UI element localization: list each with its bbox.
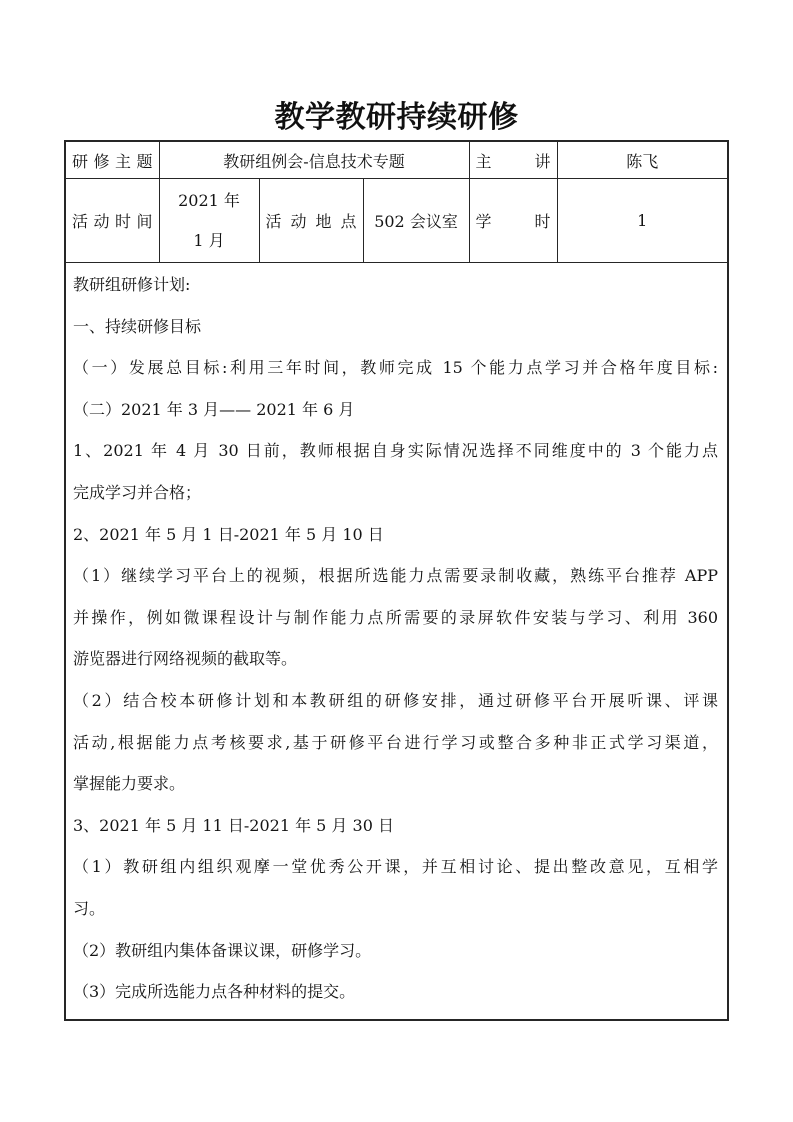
plan-line: 2、2021 年 5 月 1 日-2021 年 5 月 10 日	[73, 514, 718, 556]
table-row: 教研组研修计划: 一、持续研修目标 （一）发展总目标:利用三年时间，教师完成 1…	[65, 263, 728, 1020]
plan-line: 掌握能力要求。	[73, 763, 718, 805]
plan-line: 1、2021 年 4 月 30 日前，教师根据自身实际情况选择不同维度中的 3 …	[73, 430, 718, 472]
document-title: 教学教研持续研修	[0, 92, 793, 136]
lecturer-value-cell: 陈飞	[557, 141, 728, 179]
plan-line: 3、2021 年 5 月 11 日-2021 年 5 月 30 日	[73, 805, 718, 847]
plan-cell: 教研组研修计划: 一、持续研修目标 （一）发展总目标:利用三年时间，教师完成 1…	[65, 263, 728, 1020]
plan-line: 一、持续研修目标	[73, 306, 718, 348]
plan-line: （一）发展总目标:利用三年时间，教师完成 15 个能力点学习并合格年度目标:	[73, 347, 718, 389]
place-value-cell: 502 会议室	[363, 179, 469, 263]
plan-line: 习。	[73, 888, 718, 930]
plan-line: （2）结合校本研修计划和本教研组的研修安排，通过研修平台开展听课、评课	[73, 680, 718, 722]
plan-line: 教研组研修计划:	[73, 264, 718, 306]
plan-line: 完成学习并合格；	[73, 472, 718, 514]
place-label-cell: 活动地点	[259, 179, 363, 263]
hours-label-cell: 学时	[469, 179, 557, 263]
plan-line: 活动,根据能力点考核要求,基于研修平台进行学习或整合多种非正式学习渠道，	[73, 722, 718, 764]
plan-line: （1）继续学习平台上的视频，根据所选能力点需要录制收藏，熟练平台推荐 APP	[73, 555, 718, 597]
document-page: 教学教研持续研修 研修主题 教研组例会-信息技术专题 主讲 陈飞 活动时间 20…	[0, 0, 793, 1122]
table-row: 研修主题 教研组例会-信息技术专题 主讲 陈飞	[65, 141, 728, 179]
plan-line: （1）教研组内组织观摩一堂优秀公开课，并互相讨论、提出整改意见，互相学	[73, 846, 718, 888]
info-table: 研修主题 教研组例会-信息技术专题 主讲 陈飞 活动时间 2021 年 1 月 …	[64, 140, 729, 1021]
time-value-cell: 2021 年 1 月	[159, 179, 259, 263]
hours-value-cell: 1	[557, 179, 728, 263]
plan-text: 教研组研修计划: 一、持续研修目标 （一）发展总目标:利用三年时间，教师完成 1…	[73, 264, 718, 1013]
plan-line: （2）教研组内集体备课议课，研修学习。	[73, 930, 718, 972]
plan-line: 并操作，例如微课程设计与制作能力点所需要的录屏软件安装与学习、利用 360	[73, 597, 718, 639]
lecturer-label-cell: 主讲	[469, 141, 557, 179]
plan-line: 游览器进行网络视频的截取等。	[73, 638, 718, 680]
table-row: 活动时间 2021 年 1 月 活动地点 502 会议室 学时 1	[65, 179, 728, 263]
plan-line: （3）完成所选能力点各种材料的提交。	[73, 971, 718, 1013]
plan-line: （二）2021 年 3 月—— 2021 年 6 月	[73, 389, 718, 431]
theme-label-cell: 研修主题	[65, 141, 159, 179]
theme-value-cell: 教研组例会-信息技术专题	[159, 141, 469, 179]
time-label-cell: 活动时间	[65, 179, 159, 263]
